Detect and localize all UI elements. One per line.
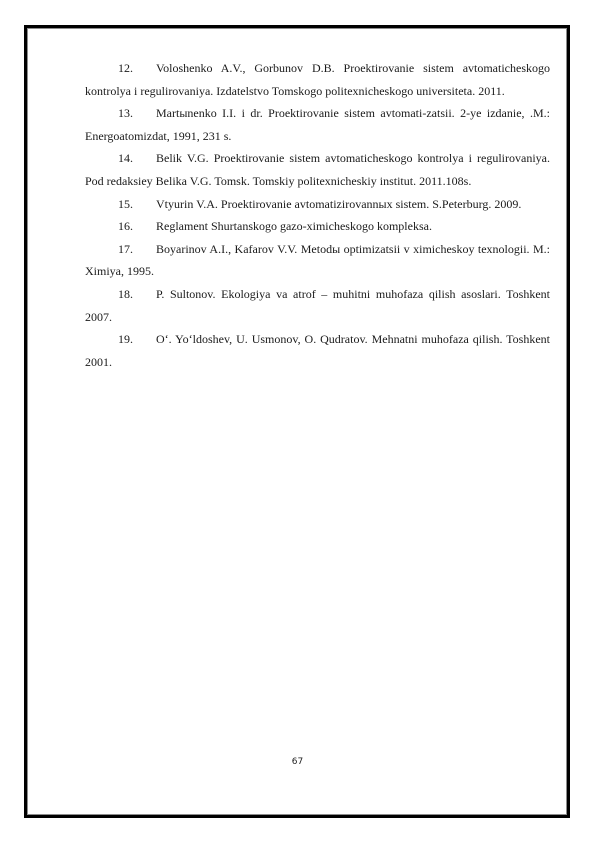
reference-number: 15. <box>118 193 156 216</box>
reference-item: 17.Boyarinov A.I., Kafarov V.V. Metodы o… <box>85 238 550 283</box>
reference-item: 14.Belik V.G. Proektirovanie sistem avto… <box>85 147 550 192</box>
reference-item: 19.O‘. Yo‘ldoshev, U. Usmonov, O. Qudrat… <box>85 328 550 373</box>
reference-number: 13. <box>118 102 156 125</box>
reference-number: 12. <box>118 57 156 80</box>
reference-item: 18.P. Sultonov. Ekologiya va atrof – muh… <box>85 283 550 328</box>
reference-number: 18. <box>118 283 156 306</box>
reference-number: 19. <box>118 328 156 351</box>
reference-list: 12.Voloshenko A.V., Gorbunov D.B. Proekt… <box>85 57 550 373</box>
reference-item: 16.Reglament Shurtanskogo gazo-ximichesk… <box>85 215 550 238</box>
reference-number: 16. <box>118 215 156 238</box>
reference-item: 13.Martыnenko I.I. i dr. Proektirovanie … <box>85 102 550 147</box>
reference-text: Reglament Shurtanskogo gazo-ximicheskogo… <box>156 219 432 233</box>
reference-item: 12.Voloshenko A.V., Gorbunov D.B. Proekt… <box>85 57 550 102</box>
reference-text: Vtyurin V.A. Proektirovanie avtomatiziro… <box>156 197 521 211</box>
reference-item: 15.Vtyurin V.A. Proektirovanie avtomatiz… <box>85 193 550 216</box>
reference-number: 14. <box>118 147 156 170</box>
page-number: 67 <box>0 757 595 767</box>
reference-number: 17. <box>118 238 156 261</box>
